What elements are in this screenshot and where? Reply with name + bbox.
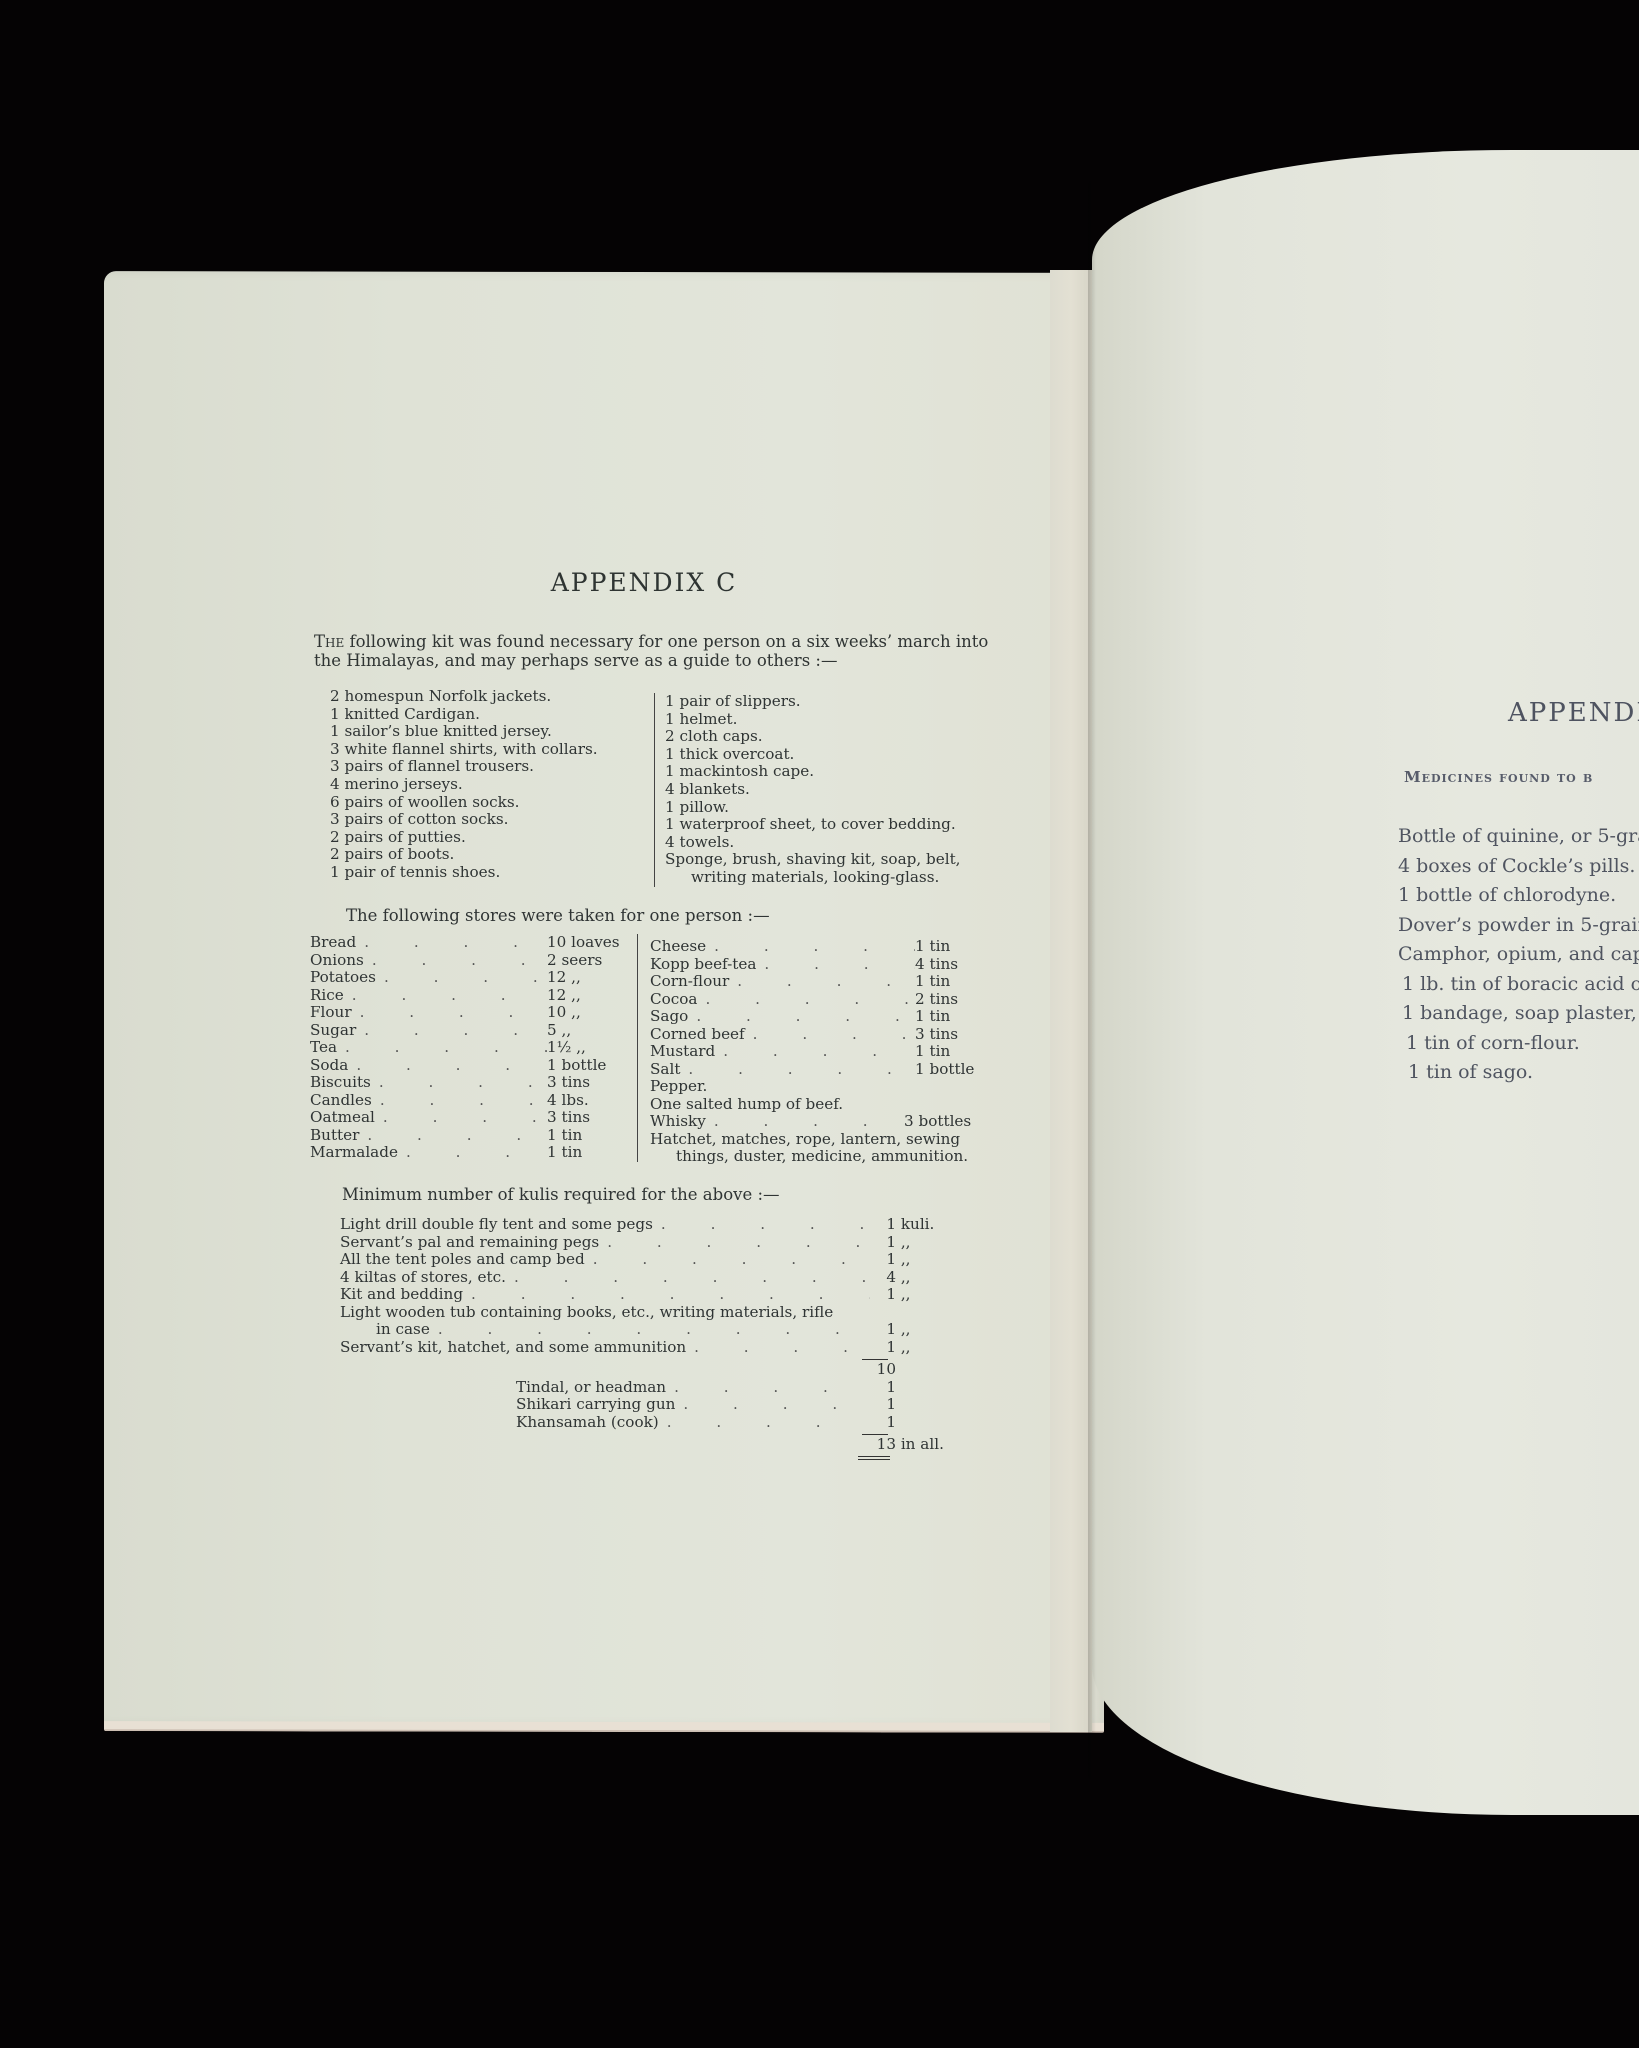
store-item: Whisky (650, 1113, 706, 1131)
store-qty: 4 lbs. (547, 1092, 637, 1110)
store-item: Corn-flour (650, 973, 729, 991)
store-item: Sugar (310, 1022, 356, 1040)
store-item: Biscuits (310, 1074, 371, 1092)
leader-dots: . . . . . . (680, 1061, 915, 1079)
kuli-unit: ,, (901, 1268, 911, 1286)
leader-dots: . . . . . . (364, 952, 547, 970)
kuli-row: Kit and bedding. . . . . . . . .1 ,, (340, 1286, 960, 1304)
kuli-unit: ,, (901, 1285, 911, 1303)
store-item: Onions (310, 952, 364, 970)
store-row: Marmalade. . . . . .1 tin (310, 1144, 637, 1162)
leader-dots: . . . . . . . . . (686, 1339, 870, 1357)
leader-dots: . . . . . . . . . (599, 1234, 870, 1252)
store-row: Potatoes. . . . . .12 ,, (310, 969, 637, 987)
kit-item: 6 pairs of woollen socks. (330, 794, 650, 812)
leader-dots: . . . . . . (356, 934, 547, 952)
store-row: Pepper. (650, 1078, 980, 1096)
store-qty: 1 tin (915, 1008, 980, 1026)
kit-item: 3 pairs of flannel trousers. (330, 758, 650, 776)
kit-item: 2 homespun Norfolk jackets. (330, 688, 650, 706)
store-item: Mustard (650, 1043, 715, 1061)
spacer (340, 1436, 870, 1454)
store-item: Potatoes (310, 969, 376, 987)
kuli-row: Servant’s pal and remaining pegs. . . . … (340, 1234, 960, 1252)
kuli-qty: 1 ,, (870, 1251, 960, 1269)
kuli-unit: kuli. (901, 1215, 935, 1233)
store-qty: 1 bottle (915, 1061, 980, 1079)
store-item: Butter (310, 1127, 359, 1145)
store-row: Whisky. . . . . .3 bottles (650, 1113, 980, 1131)
store-row: One salted hump of beef. (650, 1096, 980, 1114)
store-row: Rice. . . . . .12 ,, (310, 987, 637, 1005)
store-item: Oatmeal (310, 1109, 375, 1127)
leader-dots: . . . . (675, 1396, 870, 1414)
leader-dots: . . . . . . (348, 1057, 547, 1075)
store-qty: 1 bottle (547, 1057, 637, 1075)
stores-column-left: Bread. . . . . .10 loaves Onions. . . . … (310, 934, 638, 1162)
store-row: Corn-flour. . . . . .1 tin (650, 973, 980, 991)
kit-list: 2 homespun Norfolk jackets. 1 knitted Ca… (330, 688, 990, 888)
kuli-qty: 1 kuli. (870, 1216, 960, 1234)
store-row: Corned beef. . . . . .3 tins (650, 1026, 980, 1044)
store-qty: 2 seers (547, 952, 637, 970)
kuli-num: 1 (870, 1234, 896, 1252)
kuli-row: Light drill double fly tent and some peg… (340, 1216, 960, 1234)
leader-dots: . . . . . . (697, 991, 915, 1009)
kit-item: 4 merino jerseys. (330, 776, 650, 794)
leader-dots: . . . . . . (375, 1109, 547, 1127)
kit-list-right: 1 pair of slippers. 1 helmet. 2 cloth ca… (654, 693, 984, 887)
store-item: Rice (310, 987, 344, 1005)
subtotal: 10 (870, 1361, 960, 1379)
staff-item: Shikari carrying gun (516, 1396, 675, 1414)
leader-dots: . . . . . . (344, 987, 547, 1005)
kuli-unit: ,, (901, 1320, 911, 1338)
staff-row: Khansamah (cook). . . .1 (340, 1414, 960, 1432)
leader-dots: . . . . . . . . . (463, 1286, 870, 1304)
leader-dots: . . . . . . . . . (430, 1321, 870, 1339)
leader-dots: . . . . . . (337, 1039, 547, 1057)
kuli-unit: ,, (901, 1233, 911, 1251)
store-qty: 1½ ,, (547, 1039, 637, 1057)
staff-item: Khansamah (cook) (516, 1414, 659, 1432)
store-row: Bread. . . . . .10 loaves (310, 934, 637, 952)
store-qty: 1 tin (915, 938, 980, 956)
kuli-unit: ,, (901, 1338, 911, 1356)
store-row: Soda. . . . . .1 bottle (310, 1057, 637, 1075)
staff-num: 1 (870, 1396, 896, 1414)
kit-item: 2 cloth caps. (665, 728, 984, 746)
kulis-table: Light drill double fly tent and some peg… (340, 1216, 960, 1460)
store-row: Sugar. . . . . .5 ,, (310, 1022, 637, 1040)
staff-qty: 1 (870, 1414, 960, 1432)
kit-item: 2 pairs of putties. (330, 829, 650, 847)
store-row: Biscuits. . . . . .3 tins (310, 1074, 637, 1092)
kuli-qty: 4 ,, (870, 1269, 960, 1287)
spacer (340, 1361, 870, 1379)
kuli-qty: 1 ,, (870, 1321, 960, 1339)
total-num: 13 (870, 1436, 896, 1454)
kit-item: 3 white flannel shirts, with collars. (330, 741, 650, 759)
kit-item: Sponge, brush, shaving kit, soap, belt, (665, 851, 984, 869)
kit-item: writing materials, looking-glass. (665, 869, 984, 887)
kuli-item: Light drill double fly tent and some peg… (340, 1216, 653, 1234)
store-row: Cheese. . . . . .1 tin (650, 938, 980, 956)
leader-dots: . . . . . . (729, 973, 915, 991)
staff-item: Tindal, or headman (516, 1379, 666, 1397)
staff-row: Shikari carrying gun. . . .1 (340, 1396, 960, 1414)
kuli-unit: ,, (901, 1250, 911, 1268)
store-row: Kopp beef-tea. . . . . .4 tins (650, 956, 980, 974)
store-qty: 1 tin (547, 1144, 637, 1162)
kuli-qty: 1 ,, (870, 1234, 960, 1252)
store-item: Cheese (650, 938, 706, 956)
leader-dots: . . . . . . (359, 1127, 547, 1145)
store-note: things, duster, medicine, ammunition. (650, 1148, 980, 1166)
kit-item: 2 pairs of boots. (330, 846, 650, 864)
kuli-num: 1 (870, 1321, 896, 1339)
total-label: in all. (901, 1435, 944, 1453)
store-item: Flour (310, 1004, 352, 1022)
store-qty: 5 ,, (547, 1022, 637, 1040)
store-qty: 2 tins (915, 991, 980, 1009)
leader-dots: . . . . . . (376, 969, 547, 987)
leader-dots: . . . . . . . . . (585, 1251, 870, 1269)
staff-num: 1 (870, 1379, 896, 1397)
store-item: One salted hump of beef. (650, 1096, 843, 1114)
kit-item: 4 blankets. (665, 781, 984, 799)
leader-dots: . . . . . . (715, 1043, 915, 1061)
kuli-item: Servant’s pal and remaining pegs (340, 1234, 599, 1252)
stores-heading: The following stores were taken for one … (346, 906, 770, 925)
store-item: Sago (650, 1008, 688, 1026)
kit-item: 1 sailor’s blue knitted jersey. (330, 723, 650, 741)
kit-item: 1 mackintosh cape. (665, 763, 984, 781)
kuli-num: 1 (870, 1286, 896, 1304)
staff-num: 1 (870, 1414, 896, 1432)
store-row: Butter. . . . . .1 tin (310, 1127, 637, 1145)
store-qty: 3 tins (547, 1109, 637, 1127)
store-qty: 3 tins (547, 1074, 637, 1092)
total-row: 13 in all. (340, 1436, 960, 1454)
kuli-row: Servant’s kit, hatchet, and some ammunit… (340, 1339, 960, 1357)
staff-qty: 1 (870, 1396, 960, 1414)
kit-item: 1 helmet. (665, 711, 984, 729)
leader-dots: . . . . . . (745, 1026, 915, 1044)
kuli-qty: 1 ,, (870, 1339, 960, 1357)
store-qty: 1 tin (547, 1127, 637, 1145)
store-item: Bread (310, 934, 356, 952)
kit-item: 1 pillow. (665, 799, 984, 817)
total-double-rule (858, 1456, 890, 1460)
staff-qty: 1 (870, 1379, 960, 1397)
store-row: Sago. . . . . .1 tin (650, 1008, 980, 1026)
kuli-row: 4 kiltas of stores, etc.. . . . . . . . … (340, 1269, 960, 1287)
kuli-item: Light wooden tub containing books, etc.,… (340, 1304, 960, 1322)
kit-item: 1 waterproof sheet, to cover bedding. (665, 816, 984, 834)
store-qty: 4 tins (915, 956, 980, 974)
kuli-item: Kit and bedding (340, 1286, 463, 1304)
kit-list-left: 2 homespun Norfolk jackets. 1 knitted Ca… (330, 688, 650, 882)
store-item: Marmalade (310, 1144, 398, 1162)
kit-item: 1 knitted Cardigan. (330, 706, 650, 724)
store-item: Kopp beef-tea (650, 956, 756, 974)
kuli-item: All the tent poles and camp bed (340, 1251, 585, 1269)
kit-item: 4 towels. (665, 834, 984, 852)
store-row: Mustard. . . . . .1 tin (650, 1043, 980, 1061)
leader-dots: . . . . . . (356, 1022, 547, 1040)
subtotal-row: 10 (340, 1361, 960, 1379)
store-qty: 3 tins (915, 1026, 980, 1044)
leader-dots: . . . . . . . . . (506, 1269, 870, 1287)
kuli-item: 4 kiltas of stores, etc. (340, 1269, 506, 1287)
leader-dots: . . . . . . (398, 1144, 547, 1162)
kuli-row: All the tent poles and camp bed. . . . .… (340, 1251, 960, 1269)
kuli-qty: 1 ,, (870, 1286, 960, 1304)
store-row: Salt. . . . . .1 bottle (650, 1061, 980, 1079)
leader-dots: . . . . . . (706, 1113, 904, 1131)
right-page (1092, 150, 1639, 1815)
store-row: Candles. . . . . .4 lbs. (310, 1092, 637, 1110)
store-item: Pepper. (650, 1078, 707, 1096)
store-item: Cocoa (650, 991, 697, 1009)
store-qty: 1 tin (915, 973, 980, 991)
kit-item: 1 pair of slippers. (665, 693, 984, 711)
staff-row: Tindal, or headman. . . .1 (340, 1379, 960, 1397)
store-qty: 3 bottles (904, 1113, 980, 1131)
store-qty: 1 tin (915, 1043, 980, 1061)
book-gutter (1050, 270, 1092, 1732)
store-item: Corned beef (650, 1026, 745, 1044)
subtotal-num: 10 (870, 1361, 896, 1379)
store-item: Candles (310, 1092, 372, 1110)
store-row: Cocoa. . . . . .2 tins (650, 991, 980, 1009)
leader-dots: . . . . . . (352, 1004, 547, 1022)
leader-dots: . . . . . . (372, 1092, 547, 1110)
store-row: Flour. . . . . .10 ,, (310, 1004, 637, 1022)
store-qty: 12 ,, (547, 987, 637, 1005)
store-item: Salt (650, 1061, 680, 1079)
kuli-item: in case (340, 1321, 430, 1339)
store-row: Tea. . . . . .1½ ,, (310, 1039, 637, 1057)
leader-dots: . . . . . . (688, 1008, 915, 1026)
intro-text: following kit was found necessary for on… (314, 632, 988, 670)
store-note: Hatchet, matches, rope, lantern, sewing (650, 1131, 980, 1149)
kulis-heading: Minimum number of kulis required for the… (342, 1185, 780, 1204)
stores-column-right: Cheese. . . . . .1 tin Kopp beef-tea. . … (650, 938, 980, 1166)
kuli-num: 4 (870, 1269, 896, 1287)
leader-dots: . . . . (666, 1379, 870, 1397)
store-item: Soda (310, 1057, 348, 1075)
leader-dots: . . . . . . (706, 938, 915, 956)
store-qty: 12 ,, (547, 969, 637, 987)
kuli-num: 1 (870, 1216, 896, 1234)
page-title: APPENDIX C (104, 568, 1184, 597)
kit-item: 3 pairs of cotton socks. (330, 811, 650, 829)
store-item: Tea (310, 1039, 337, 1057)
leader-dots: . . . . (659, 1414, 870, 1432)
kuli-num: 1 (870, 1251, 896, 1269)
kuli-row: in case. . . . . . . . .1 ,, (340, 1321, 960, 1339)
leader-dots: . . . . . . (756, 956, 915, 974)
store-qty: 10 ,, (547, 1004, 637, 1022)
kit-item: 1 pair of tennis shoes. (330, 864, 650, 882)
kit-item: 1 thick overcoat. (665, 746, 984, 764)
kuli-item: Servant’s kit, hatchet, and some ammunit… (340, 1339, 686, 1357)
store-row: Oatmeal. . . . . .3 tins (310, 1109, 637, 1127)
total: 13 in all. (870, 1436, 970, 1454)
leader-dots: . . . . . . (371, 1074, 547, 1092)
intro-lead: The (314, 632, 344, 651)
store-row: Onions. . . . . .2 seers (310, 952, 637, 970)
store-qty: 10 loaves (547, 934, 637, 952)
leader-dots: . . . . . . . . . (653, 1216, 870, 1234)
intro-paragraph: The following kit was found necessary fo… (314, 632, 994, 670)
kuli-num: 1 (870, 1339, 896, 1357)
